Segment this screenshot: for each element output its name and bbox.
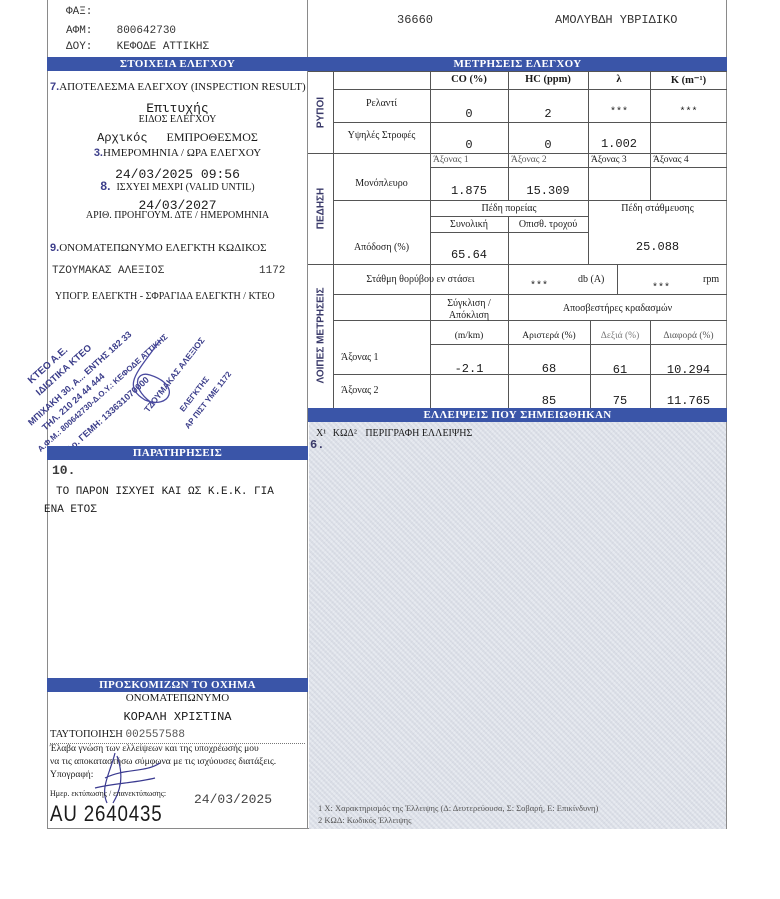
axle-1-shock-right-value: 61 [590, 363, 650, 377]
defects-footnote-1: 1 Χ: Χαρακτηρισμός της Έλλειψης (Δ: Δευτ… [318, 803, 598, 813]
noise-db-value: *** [530, 281, 548, 292]
remarks-line-1: ΤΟ ΠΑΡΟΝ ΙΣΧΥΕΙ ΚΑΙ ΩΣ Κ.Ε.Κ. ΓΙΑ [56, 486, 274, 498]
defects-field-number: 6. [310, 438, 324, 452]
valid-until-heading: 8.ΙΣΧΥΕΙ ΜΕΧΡΙ (VALID UNTIL) [47, 179, 308, 193]
axle-3-header: Άξονας 3 [591, 155, 627, 165]
field-number: 7. [50, 81, 59, 93]
fax-label: ΦΑΞ: [66, 6, 102, 18]
field-number: 3. [94, 147, 103, 159]
axle-2-shock-diff-value: 11.765 [650, 394, 727, 408]
presenter-name-value: ΚΟΡΑΛΗ ΧΡΙΣΤΙΝΑ [47, 710, 308, 724]
afm-value: 800642730 [117, 25, 176, 37]
efficiency-parking-value: 25.088 [588, 240, 727, 254]
defects-area [309, 421, 726, 829]
defects-col-code: ΚΩΔ² [333, 428, 357, 439]
afm-row: ΑΦΜ: 800642730 [66, 25, 176, 37]
inspector-code: 1172 [259, 265, 285, 277]
presenter-signature-icon [85, 748, 165, 808]
axle-1-shock-diff-value: 10.294 [650, 363, 727, 377]
print-date-label: Ημερ. εκτύπωσης / επανεκτύπωσης: [50, 789, 166, 798]
efficiency-total-value: 65.64 [430, 248, 508, 262]
column-lambda: λ [588, 74, 650, 85]
high-rpm-co-value: 0 [430, 138, 508, 152]
axle-1-shock-left-value: 68 [508, 362, 590, 376]
noise-label: Στάθμη θορύβου εν στάσει [333, 274, 508, 285]
noise-rpm-value: *** [652, 283, 670, 294]
presenter-section-header: ΠΡΟΣΚΟΜΙΖΩΝ ΤΟ ΟΧΗΜΑ [47, 678, 308, 692]
axle-2-shock-left-value: 85 [508, 394, 590, 408]
idle-hc-value: 2 [508, 107, 588, 121]
print-date-value: 24/03/2025 [194, 792, 272, 807]
serial-number: AU 2640435 [50, 801, 162, 827]
idle-co-value: 0 [430, 107, 508, 121]
afm-label: ΑΦΜ: [66, 25, 102, 37]
high-rpm-lambda-value: 1.002 [588, 137, 650, 151]
inspector-signature-icon [110, 330, 190, 420]
axle-1-header: Άξονας 1 [433, 155, 469, 165]
defects-footnote-2: 2 ΚΩΔ: Κωδικός Έλλειψης [318, 815, 411, 825]
field-number: 8. [100, 179, 110, 193]
brakes-group-label: ΠΕΔΗΣΗ [316, 159, 327, 259]
total-header: Συνολική [430, 219, 508, 230]
idle-lambda-value: *** [588, 107, 650, 118]
column-co: CO (%) [430, 74, 508, 85]
column-k: K (m⁻¹) [650, 74, 727, 86]
imbalance-label: Μονόπλευρο [333, 178, 430, 189]
high-rpm-hc-value: 0 [508, 138, 588, 152]
axle-2-row-label: Άξονας 2 [341, 385, 379, 396]
field-number: 9. [50, 242, 59, 254]
presenter-id-row: ΤΑΥΤΟΠΟΙΗΣΗ 002557588 [50, 729, 185, 741]
inspection-result-label: ΑΠΟΤΕΛΕΣΜΑ ΕΛΕΓΧΟΥ (INSPECTION RESULT) [59, 81, 305, 93]
noise-db-unit: db (A) [578, 274, 604, 285]
presenter-id-label: ΤΑΥΤΟΠΟΙΗΣΗ [50, 729, 123, 740]
inspector-heading: 9.ΟΝΟΜΑΤΕΠΩΝΥΜΟ ΕΛΕΓΚΤΗ ΚΩΔΙΚΟΣ [50, 242, 267, 254]
row-label-idle: Ρελαντί [333, 98, 430, 109]
inspection-type-label: ΕΙΔΟΣ ΕΛΕΓΧΟΥ [47, 114, 308, 125]
remarks-number: 10. [52, 463, 75, 478]
inspector-label: ΟΝΟΜΑΤΕΠΩΝΥΜΟ ΕΛΕΓΚΤΗ ΚΩΔΙΚΟΣ [59, 242, 266, 254]
idle-k-value: *** [650, 107, 727, 118]
emissions-group-label: ΡΥΠΟΙ [316, 78, 327, 148]
remarks-line-2: ΕΝΑ ΕΤΟΣ [44, 504, 97, 516]
inspection-section-header: ΣΤΟΙΧΕΙΑ ΕΛΕΓΧΟΥ [47, 57, 308, 71]
previous-inspection-label: ΑΡΙΘ. ΠΡΟΗΓΟΥΜ. ΔΤΕ / ΗΜΕΡΟΜΗΝΙΑ [47, 210, 308, 221]
inspector-signature-label: ΥΠΟΓΡ. ΕΛΕΓΚΤΗ - ΣΦΡΑΓΙΔΑ ΕΛΕΓΚΤΗ / ΚΤΕΟ [55, 291, 275, 302]
row-label-high-rpm: Υψηλές Στροφές [333, 130, 430, 141]
fuel-type: ΑΜΟΛΥΒΔΗ ΥΒΡΙΔΙΚΟ [555, 13, 677, 27]
remarks-section-header: ΠΑΡΑΤΗΡΗΣΕΙΣ [47, 446, 308, 460]
fax-row: ΦΑΞ: [66, 6, 102, 18]
presenter-name-label: ΟΝΟΜΑΤΕΠΩΝΥΜΟ [47, 692, 308, 704]
presenter-id-value: 002557588 [126, 729, 185, 741]
inspection-date-label: ΗΜΕΡΟΜΗΝΙΑ / ΩΡΑ ΕΛΕΓΧΟΥ [103, 147, 261, 159]
alignment-label: Σύγκλιση / Απόκλιση [440, 298, 498, 322]
alignment-unit: (m/km) [430, 331, 508, 341]
document-number: 36660 [397, 13, 433, 27]
inspection-result-heading: 7.ΑΠΟΤΕΛΕΣΜΑ ΕΛΕΓΧΟΥ (INSPECTION RESULT) [50, 81, 306, 93]
defects-column-headers: X¹ ΚΩΔ² ΠΕΡΙΓΡΑΦΗ ΕΛΛΕΙΨΗΣ [316, 428, 472, 439]
doy-value: ΚΕΦΟΔΕ ΑΤΤΙΚΗΣ [117, 41, 209, 53]
inspection-type-value: Αρχικός [97, 131, 147, 145]
noise-rpm-unit: rpm [703, 274, 719, 285]
axle-4-header: Άξονας 4 [653, 155, 689, 165]
shock-absorbers-header: Αποσβεστήρες κραδασμών [508, 303, 727, 314]
imbalance-axle-2: 15.309 [508, 184, 588, 198]
imbalance-axle-1: 1.875 [430, 184, 508, 198]
doy-label: ΔΟΥ: [66, 41, 102, 53]
defects-section-header: ΕΛΛΕΙΨΕΙΣ ΠΟΥ ΣΗΜΕΙΩΘΗΚΑΝ [308, 408, 727, 422]
service-brake-header: Πέδη πορείας [430, 203, 588, 214]
doy-row: ΔΟΥ: ΚΕΦΟΔΕ ΑΤΤΙΚΗΣ [66, 41, 209, 53]
other-measurements-group-label: ΛΟΙΠΕΣ ΜΕΤΡΗΣΕΙΣ [316, 271, 327, 401]
inspection-type-row: Αρχικός ΕΜΠΡΟΘΕΣΜΟΣ [47, 130, 308, 145]
valid-until-label: ΙΣΧΥΕΙ ΜΕΧΡΙ (VALID UNTIL) [116, 182, 254, 193]
axle-1-alignment-value: -2.1 [430, 362, 508, 376]
axle-1-row-label: Άξονας 1 [341, 352, 379, 363]
column-hc: HC (ppm) [508, 74, 588, 85]
defects-col-description: ΠΕΡΙΓΡΑΦΗ ΕΛΛΕΙΨΗΣ [365, 428, 472, 439]
shock-left-header: Αριστερά (%) [508, 331, 590, 341]
shock-diff-header: Διαφορά (%) [650, 331, 727, 341]
inspector-name: ΤΖΟΥΜΑΚΑΣ ΑΛΕΞΙΟΣ [52, 265, 164, 277]
rear-wheel-header: Οπισθ. τροχού [508, 219, 588, 230]
efficiency-label: Απόδοση (%) [333, 242, 430, 253]
parking-brake-header: Πέδη στάθμευσης [588, 203, 727, 214]
axle-2-header: Άξονας 2 [511, 155, 547, 165]
inspection-timing: ΕΜΠΡΟΘΕΣΜΟΣ [167, 130, 258, 144]
axle-2-shock-right-value: 75 [590, 394, 650, 408]
shock-right-header: Δεξιά (%) [590, 331, 650, 341]
inspection-date-heading: 3.ΗΜΕΡΟΜΗΝΙΑ / ΩΡΑ ΕΛΕΓΧΟΥ [47, 147, 308, 159]
measurements-section-header: ΜΕΤΡΗΣΕΙΣ ΕΛΕΓΧΟΥ [308, 57, 727, 71]
